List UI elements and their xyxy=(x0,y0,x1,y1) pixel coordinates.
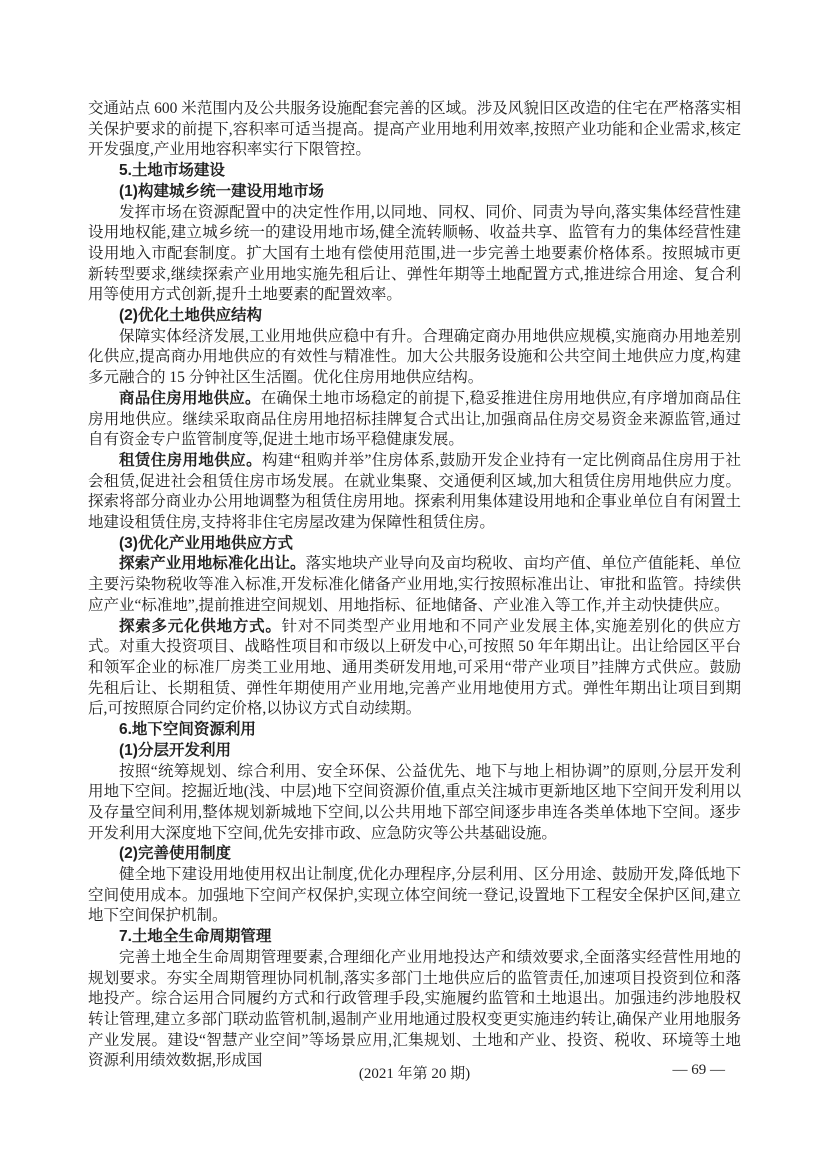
paragraph-lead: 探索多元化供地方式。 xyxy=(119,618,282,635)
paragraph: 按照“统筹规划、综合利用、安全环保、公益优先、地下与地上相协调”的原则,分层开发… xyxy=(88,762,741,845)
paragraph: 探索多元化供地方式。针对不同类型产业用地和不同产业发展主体,实施差别化的供应方式… xyxy=(88,617,741,721)
section-heading-5: 5.土地市场建设 xyxy=(88,161,741,182)
document-text-block: 交通站点 600 米范围内及公共服务设施配套完善的区域。涉及风貌旧区改造的住宅在… xyxy=(88,99,741,1072)
paragraph-lead: 商品住房用地供应。 xyxy=(119,390,261,407)
paragraph: 健全地下建设用地使用权出让制度,优化办理程序,分层利用、区分用途、鼓励开发,降低… xyxy=(88,865,741,927)
subsection-heading-5-3: (3)优化产业用地供应方式 xyxy=(88,534,741,555)
paragraph-lead: 探索产业用地标准化出让。 xyxy=(119,555,306,572)
subsection-heading-6-2: (2)完善使用制度 xyxy=(88,844,741,865)
paragraph: 租赁住房用地供应。构建“租购并举”住房体系,鼓励开发企业持有一定比例商品住房用于… xyxy=(88,451,741,534)
journal-issue-label: (2021 年第 20 期) xyxy=(359,1062,470,1083)
subsection-heading-5-1: (1)构建城乡统一建设用地市场 xyxy=(88,182,741,203)
paragraph: 完善土地全生命周期管理要素,合理细化产业用地投达产和绩效要求,全面落实经营性用地… xyxy=(88,948,741,1072)
paragraph: 发挥市场在资源配置中的决定性作用,以同地、同权、同价、同责为导向,落实集体经营性… xyxy=(88,203,741,307)
page-number: — 69 — xyxy=(673,1062,726,1079)
section-heading-6: 6.地下空间资源利用 xyxy=(88,720,741,741)
paragraph-continuation: 交通站点 600 米范围内及公共服务设施配套完善的区域。涉及风貌旧区改造的住宅在… xyxy=(88,99,741,161)
subsection-heading-6-1: (1)分层开发利用 xyxy=(88,741,741,762)
subsection-heading-5-2: (2)优化土地供应结构 xyxy=(88,306,741,327)
paragraph: 保障实体经济发展,工业用地供应稳中有升。合理确定商办用地供应规模,实施商办用地差… xyxy=(88,327,741,389)
page-footer: (2021 年第 20 期) — 69 — xyxy=(88,1062,741,1084)
paragraph-lead: 租赁住房用地供应。 xyxy=(119,452,262,469)
document-page: 交通站点 600 米范围内及公共服务设施配套完善的区域。涉及风貌旧区改造的住宅在… xyxy=(0,0,827,1170)
paragraph: 商品住房用地供应。在确保土地市场稳定的前提下,稳妥推进住房用地供应,有序增加商品… xyxy=(88,389,741,451)
paragraph: 探索产业用地标准化出让。落实地块产业导向及亩均税收、亩均产值、单位产值能耗、单位… xyxy=(88,554,741,616)
section-heading-7: 7.土地全生命周期管理 xyxy=(88,927,741,948)
